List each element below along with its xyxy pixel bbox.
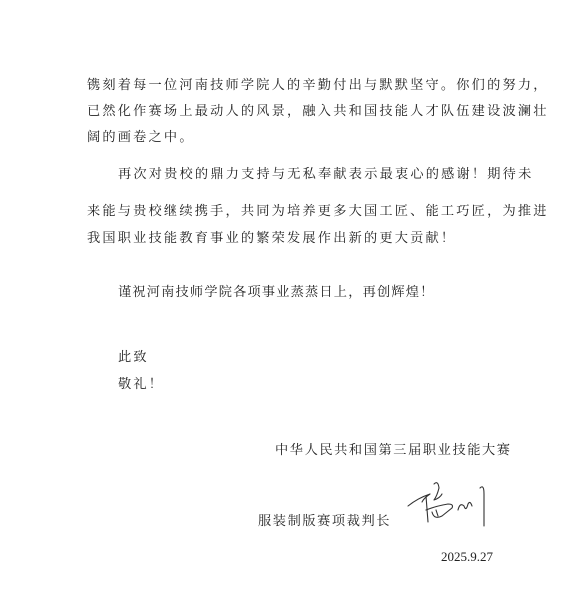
- sender-organization: 中华人民共和国第三届职业技能大赛: [275, 443, 512, 459]
- paragraph1-line3: 阔的画卷之中。: [87, 130, 195, 146]
- closing-line1: 此致: [118, 350, 149, 366]
- paragraph2-line2: 来能与贵校继续携手，共同为培养更多大国工匠、能工巧匠，为推进: [87, 204, 549, 220]
- paragraph1-line2: 已然化作赛场上最动人的风景，融入共和国技能人才队伍建设波澜壮: [87, 104, 549, 120]
- paragraph2-line1: 再次对贵校的鼎力支持与无私奉献表示最衷心的感谢！期待未: [118, 167, 533, 183]
- paragraph2-line3: 我国职业技能教育事业的繁荣发展作出新的更大贡献！: [87, 231, 456, 247]
- handwritten-signature-icon: [404, 476, 496, 528]
- wish-line: 谨祝河南技师学院各项事业蒸蒸日上，再创辉煌！: [118, 285, 435, 301]
- paragraph1-line1: 镌刻着每一位河南技师学院人的辛勤付出与默默坚守。你们的努力，: [87, 78, 549, 94]
- letter-date: 2025.9.27: [441, 549, 493, 565]
- sender-title: 服装制版赛项裁判长: [258, 514, 391, 530]
- closing-line2: 敬礼！: [118, 377, 164, 393]
